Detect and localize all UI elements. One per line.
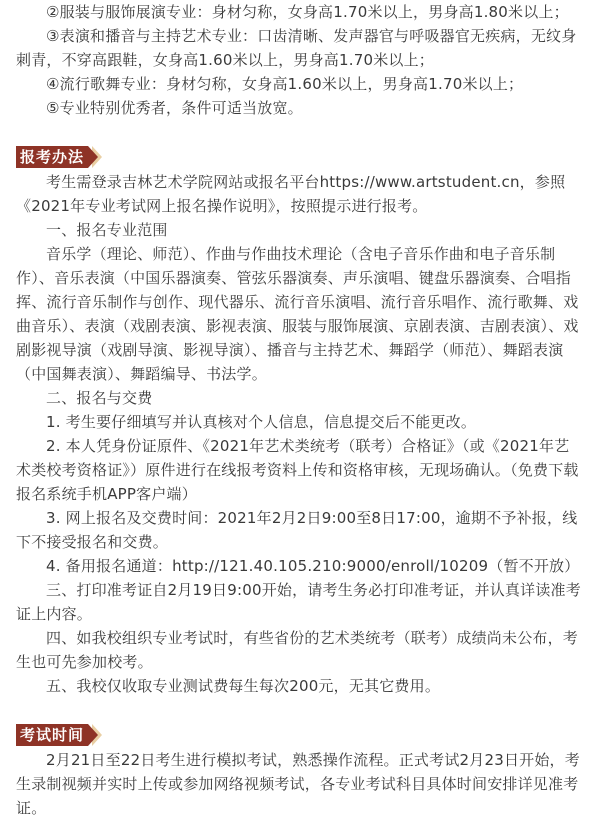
requirement-item-3: ③表演和播音与主持艺术专业：口齿清晰、发声器官与呼吸器官无疾病，无纹身刺青，不穿… [16, 24, 584, 72]
section-header-exam-time: 考试时间 [16, 724, 102, 746]
section-title-exam-time: 考试时间 [16, 724, 88, 746]
exam-time-body: 2月21日至22日考生进行模拟考试，熟悉操作流程。正式考试2月23日开始，考生录… [16, 748, 584, 820]
spacer [16, 698, 584, 722]
chevron-right-icon [88, 724, 98, 746]
document-page: ②服装与服饰展演专业：身材匀称，女身高1.70米以上，男身高1.80米以上； ③… [0, 0, 600, 820]
registration-intro: 考生需登录吉林艺术学院网站或报名平台https://www.artstudent… [16, 170, 584, 218]
section-title-registration: 报考办法 [16, 146, 88, 168]
registration-part2-item-2: 2. 本人凭身份证原件、《2021年艺术类统考（联考）合格证》（或《2021年艺… [16, 434, 584, 506]
registration-part1-title: 一、报名专业范围 [16, 218, 584, 242]
spacer [16, 120, 584, 144]
registration-part2-title: 二、报名与交费 [16, 386, 584, 410]
requirement-item-2: ②服装与服饰展演专业：身材匀称，女身高1.70米以上，男身高1.80米以上； [16, 0, 584, 24]
requirement-item-5: ⑤专业特别优秀者，条件可适当放宽。 [16, 96, 584, 120]
registration-part1-body: 音乐学（理论、师范）、作曲与作曲技术理论（含电子音乐作曲和电子音乐制作）、音乐表… [16, 242, 584, 386]
registration-part2-item-1: 1. 考生要仔细填写并认真核对个人信息，信息提交后不能更改。 [16, 410, 584, 434]
section-header-registration: 报考办法 [16, 146, 102, 168]
chevron-right-icon [88, 146, 98, 168]
registration-part2-item-4: 4. 备用报名通道：http://121.40.105.210:9000/enr… [16, 554, 584, 578]
registration-part4: 四、如我校组织专业考试时，有些省份的艺术类统考（联考）成绩尚未公布，考生也可先参… [16, 626, 584, 674]
registration-part2-item-3: 3. 网上报名及交费时间：2021年2月2日9:00至8日17:00，逾期不予补… [16, 506, 584, 554]
requirement-item-4: ④流行歌舞专业：身材匀称，女身高1.60米以上，男身高1.70米以上； [16, 72, 584, 96]
registration-part5: 五、我校仅收取专业测试费每生每次200元，无其它费用。 [16, 674, 584, 698]
registration-part3: 三、打印准考证自2月19日9:00开始，请考生务必打印准考证，并认真详读准考证上… [16, 578, 584, 626]
